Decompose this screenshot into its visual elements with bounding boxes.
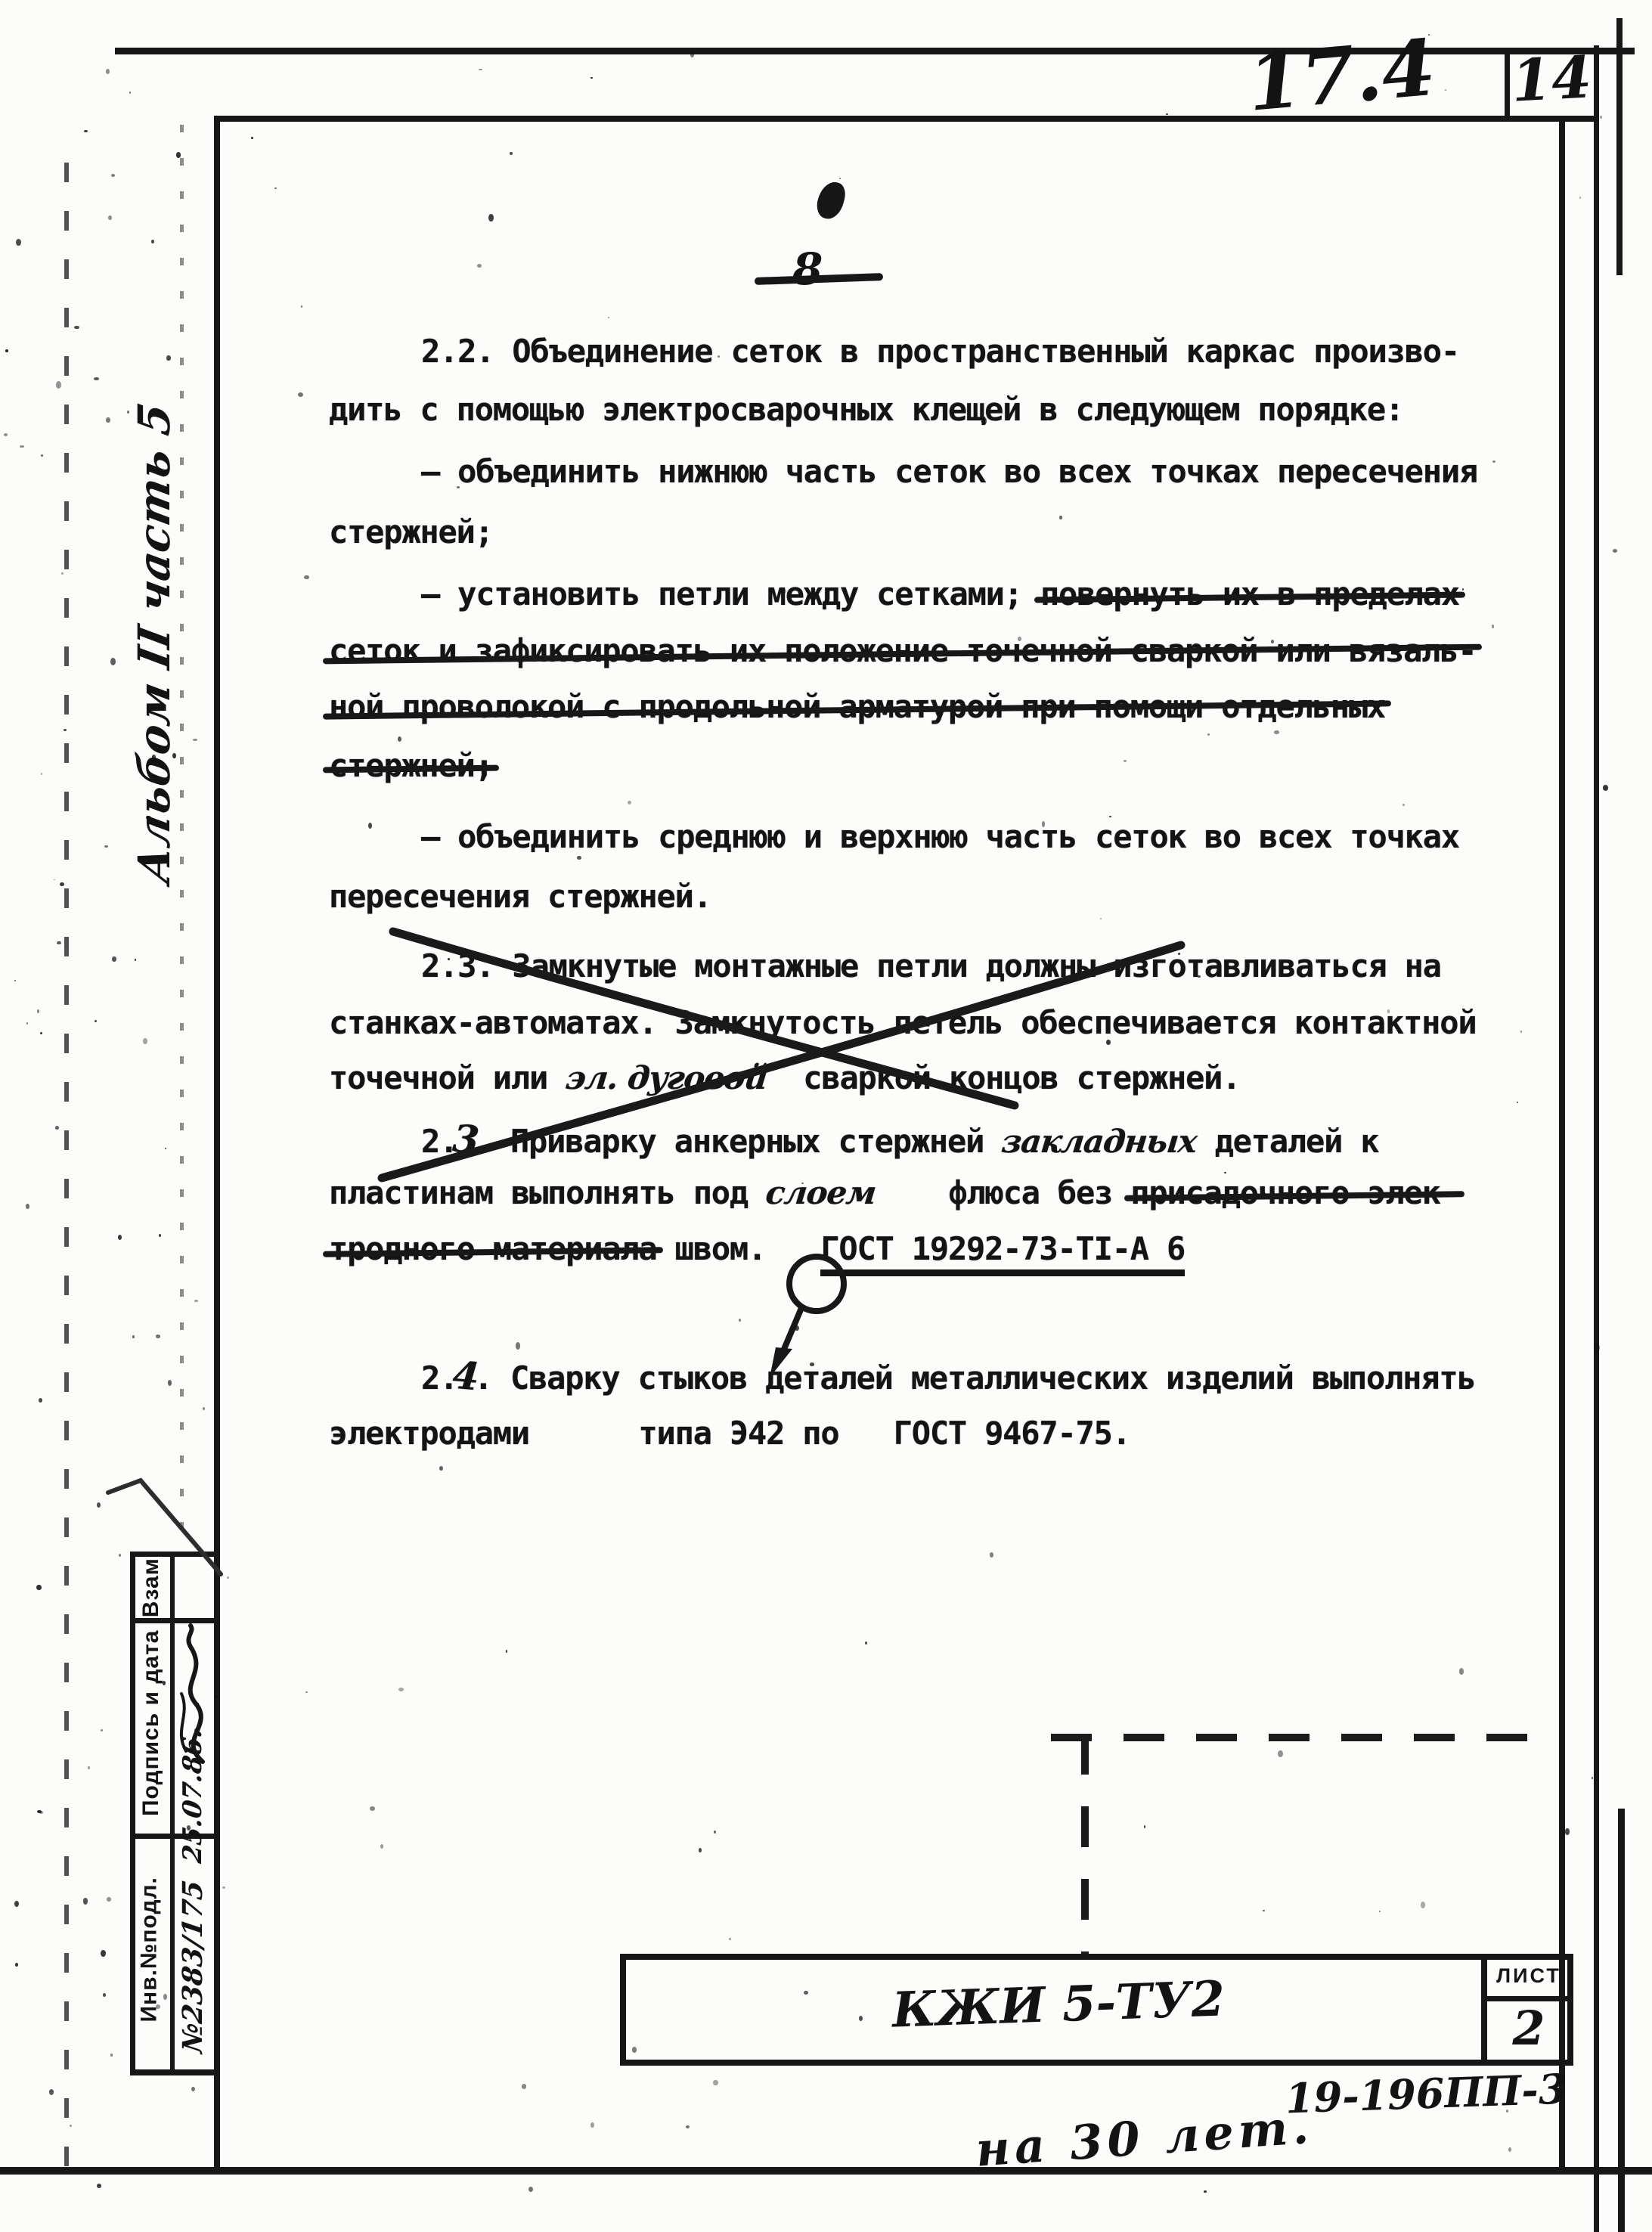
scan-speckle	[990, 1552, 994, 1558]
scan-speckle	[1603, 785, 1608, 790]
scan-speckle	[1039, 1086, 1042, 1088]
scan-speckle	[119, 1554, 121, 1557]
scan-speckle	[107, 1897, 111, 1902]
scan-speckle	[83, 1898, 88, 1904]
scan-speckle	[40, 1032, 42, 1035]
scan-speckle	[166, 355, 170, 361]
pencil-check-arrow	[108, 1480, 221, 1574]
scan-speckle	[94, 377, 99, 381]
scan-speckle	[1109, 816, 1111, 817]
scan-speckle	[510, 152, 513, 154]
scan-speckle	[522, 2084, 527, 2089]
scan-speckle	[156, 823, 159, 826]
scan-speckle	[193, 739, 197, 741]
scan-speckle	[380, 1844, 383, 1849]
scan-speckle	[301, 305, 302, 308]
scan-speckle	[1042, 821, 1046, 827]
scan-speckle	[739, 1319, 741, 1322]
scan-speckle	[16, 239, 20, 246]
scan-speckle	[690, 52, 694, 57]
scan-speckle	[1204, 2190, 1207, 2193]
scan-speckle	[14, 1901, 19, 1907]
scan-speckle	[194, 1728, 197, 1732]
scan-speckle	[1595, 1344, 1600, 1352]
scan-speckle	[1166, 113, 1168, 115]
scan-speckle	[439, 1466, 443, 1471]
scan-speckle	[981, 417, 987, 425]
scan-speckle	[1506, 2110, 1508, 2113]
scan-speckle	[132, 1335, 135, 1338]
scan-speckle	[37, 1009, 39, 1012]
scan-speckle	[70, 2125, 72, 2127]
scan-speckle	[1274, 730, 1279, 733]
scan-speckle	[1428, 34, 1430, 36]
scan-speckle	[1278, 1750, 1283, 1757]
scan-speckle	[101, 1950, 106, 1957]
scan-speckle	[57, 941, 61, 944]
scan-speckle	[810, 1362, 814, 1366]
cross-out-stroke-2	[382, 945, 1181, 1178]
scan-speckle	[713, 2080, 718, 2085]
scan-speckle	[203, 1407, 205, 1410]
scan-speckle	[251, 137, 253, 139]
scan-speckle	[60, 882, 64, 886]
signature-squiggle	[188, 1626, 203, 1762]
scan-speckle	[5, 349, 8, 352]
scan-speckle	[1018, 637, 1021, 641]
scan-speckle	[795, 1325, 799, 1331]
scan-speckle	[718, 355, 720, 358]
scan-speckle	[112, 956, 116, 962]
scan-speckle	[825, 1271, 828, 1275]
scan-speckle	[95, 1020, 97, 1022]
correction-arrow-head	[770, 1347, 792, 1378]
scan-speckle	[135, 959, 136, 960]
scan-speckle	[108, 215, 111, 220]
scan-speckle	[97, 2184, 101, 2188]
scan-speckle	[1004, 1375, 1006, 1377]
scan-speckle	[146, 816, 151, 820]
scan-speckle	[761, 1150, 764, 1152]
scan-speckle	[1492, 460, 1495, 463]
scan-speckle	[26, 1204, 29, 1209]
scan-speckle	[804, 1991, 808, 1995]
correction-circle	[789, 1257, 844, 1311]
scan-speckle	[448, 958, 450, 960]
scan-speckle	[110, 2054, 113, 2056]
scan-speckle	[298, 392, 303, 397]
scan-speckle	[36, 1585, 42, 1590]
scan-speckle	[151, 240, 154, 244]
signature-squiggle-2	[181, 1694, 186, 1751]
scan-speckle	[488, 214, 494, 222]
scan-speckle	[1198, 975, 1201, 978]
scan-speckle	[159, 1234, 161, 1236]
scan-speckle	[1565, 1828, 1569, 1835]
scan-speckle	[101, 1729, 103, 1731]
scan-speckle	[49, 2089, 54, 2095]
scan-speckle	[699, 1848, 702, 1852]
scan-speckle	[14, 980, 16, 981]
scan-speckle	[197, 1703, 199, 1704]
scan-speckle	[104, 845, 108, 848]
scan-speckle	[528, 2187, 533, 2192]
scan-speckle	[1106, 1040, 1111, 1045]
scan-speckle	[516, 1342, 520, 1349]
scan-speckle	[1263, 1910, 1265, 1912]
scan-speckle	[190, 1785, 191, 1787]
scan-speckle	[632, 2047, 637, 2052]
scan-speckle	[1124, 760, 1126, 762]
scan-speckle	[686, 2125, 690, 2128]
scan-speckle	[714, 1831, 716, 1834]
scan-speckle	[172, 753, 176, 758]
scan-speckle	[506, 1650, 507, 1652]
scan-speckle	[88, 1766, 89, 1769]
scan-speckle	[176, 152, 180, 158]
cross-out-stroke-1	[393, 932, 1015, 1105]
scan-speckle	[1592, 1777, 1594, 1778]
scan-speckle	[370, 1806, 375, 1811]
scan-speckle	[1271, 640, 1274, 643]
scan-speckle	[1600, 116, 1602, 118]
scan-speckle	[97, 1502, 101, 1508]
scan-speckle	[56, 381, 61, 389]
scan-speckle	[111, 174, 115, 177]
scan-speckle	[156, 1335, 161, 1338]
scan-speckle	[187, 1825, 191, 1831]
pen-annotations	[0, 0, 1652, 2232]
scan-speckle	[1100, 918, 1102, 919]
scan-speckle	[479, 69, 482, 71]
scan-speckle	[1421, 1902, 1425, 1908]
scan-speckle	[628, 801, 631, 804]
scan-speckle	[222, 1886, 225, 1889]
scanned-page: 17.4 14 8 Альбом II часть 5 2.2. Объедин…	[0, 0, 1652, 2232]
scan-speckle	[41, 454, 42, 457]
scan-speckle	[103, 1993, 106, 1996]
scan-speckle	[143, 1038, 147, 1044]
scan-speckle	[110, 658, 116, 665]
scan-speckle	[106, 69, 110, 74]
